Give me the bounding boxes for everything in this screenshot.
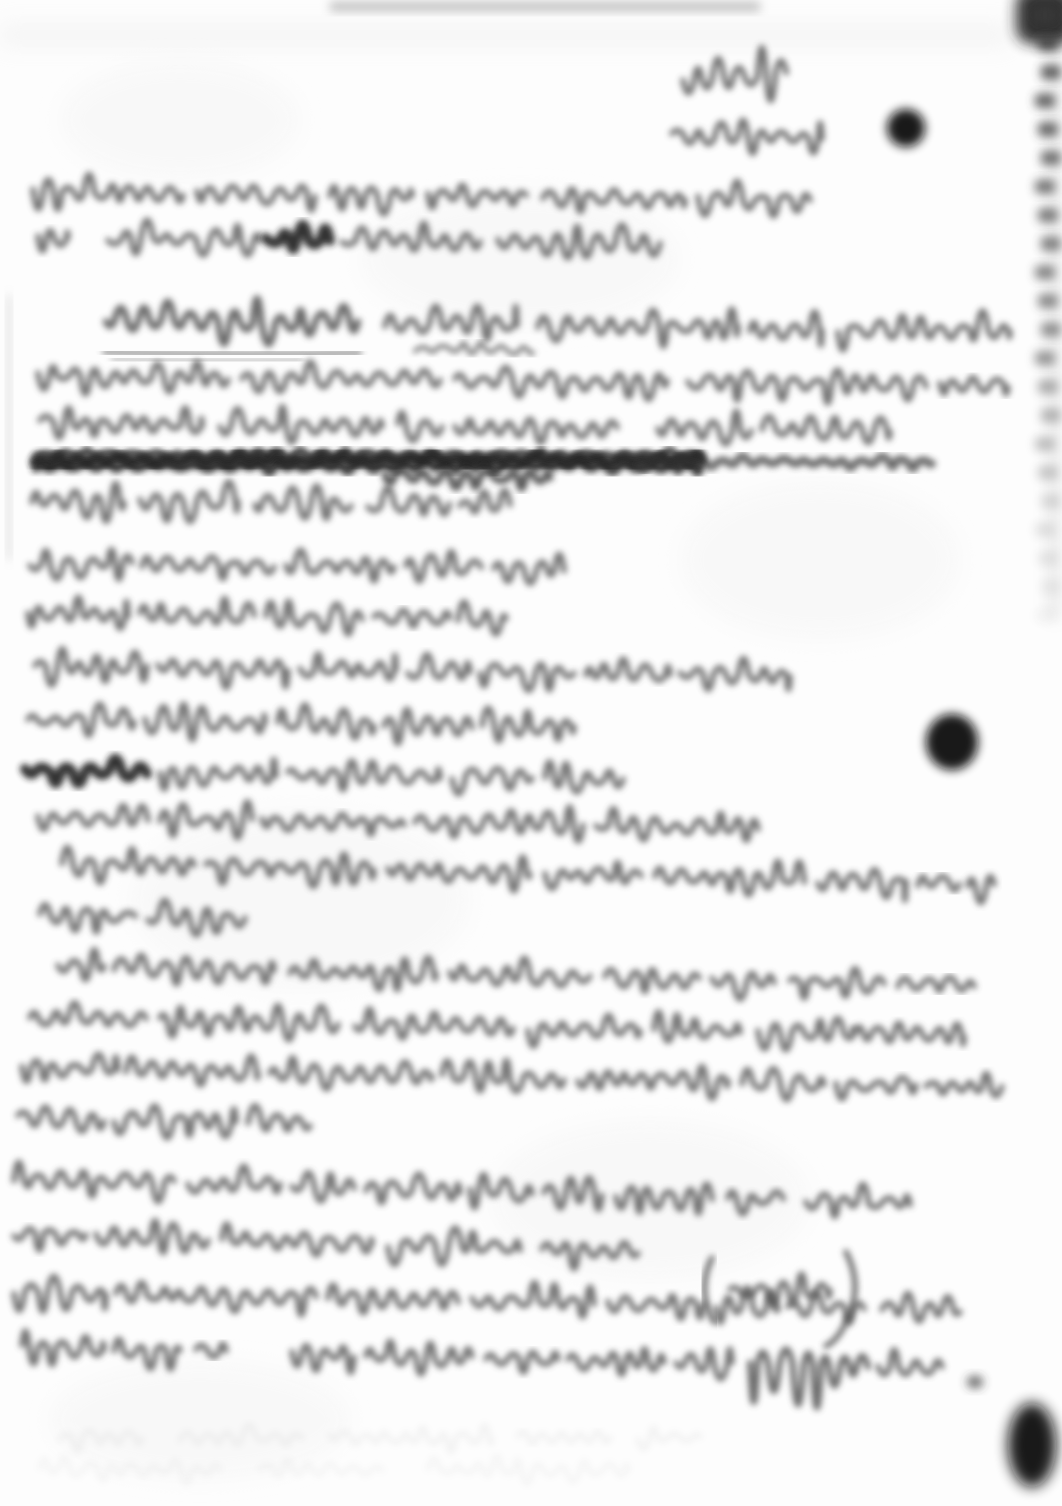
binding-mark [1038, 551, 1058, 565]
left-margin-line [7, 295, 11, 560]
handwriting-line [25, 758, 623, 793]
hole-punch-dot [887, 109, 925, 147]
binding-mark [1035, 523, 1055, 537]
binding-mark [1038, 380, 1058, 394]
binding-mark [1035, 351, 1055, 365]
handwriting-line [28, 597, 506, 634]
binding-mark [1041, 580, 1061, 594]
handwriting-line [672, 120, 822, 154]
handwriting-line [32, 482, 510, 522]
handwriting-line [35, 649, 790, 691]
binding-mark [1035, 94, 1055, 108]
binding-mark [1035, 437, 1055, 451]
binding-mark [1035, 180, 1055, 194]
handwriting-line [28, 704, 574, 744]
heading-underline [104, 352, 360, 361]
hole-punch-dot [926, 714, 978, 770]
binding-mark [1038, 208, 1058, 222]
bottom-edge-blob [1008, 1403, 1056, 1487]
binding-mark [1041, 237, 1061, 251]
notebook-page-scan [0, 0, 1062, 1506]
handwriting-line [683, 48, 786, 101]
top-edge-shadow-band [0, 22, 1010, 48]
handwriting-line [40, 406, 890, 444]
binding-mark [1041, 65, 1061, 79]
handwriting-ink-layer [0, 0, 1062, 1506]
handwriting-line [38, 362, 1008, 403]
handwriting-line [30, 549, 564, 583]
small-ink-spur [967, 1376, 983, 1388]
binding-mark [1038, 294, 1058, 308]
binding-mark [1038, 37, 1058, 51]
binding-mark [1041, 408, 1061, 422]
binding-mark [1035, 8, 1055, 22]
binding-mark [1035, 609, 1055, 623]
handwriting-line [415, 343, 533, 354]
binding-mark [1041, 151, 1061, 165]
handwriting-line [30, 1003, 964, 1050]
binding-mark [1035, 265, 1055, 279]
handwriting-line [22, 1054, 1002, 1100]
top-edge-dark-streak [330, 2, 760, 11]
binding-mark [1038, 466, 1058, 480]
handwriting-line [18, 1106, 310, 1138]
binding-mark [1038, 122, 1058, 136]
binding-mark [1041, 494, 1061, 508]
binding-mark [1041, 323, 1061, 337]
